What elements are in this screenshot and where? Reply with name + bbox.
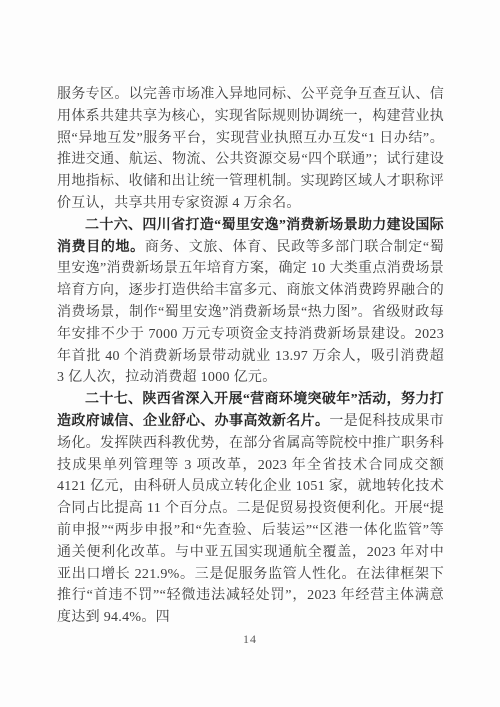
paragraph-continuation-text: 服务专区。以完善市场准入异地同标、公平竞争互查互认、信用体系共建共享为核心，实现… xyxy=(57,87,444,211)
page-content: 服务专区。以完善市场准入异地同标、公平竞争互查互认、信用体系共建共享为核心，实现… xyxy=(57,84,444,629)
document-page: 服务专区。以完善市场准入异地同标、公平竞争互查互认、信用体系共建共享为核心，实现… xyxy=(0,0,500,707)
paragraph-section-26: 二十六、四川省打造“蜀里安逸”消费新场景助力建设国际消费目的地。商务、文旅、体育… xyxy=(57,215,444,389)
section-27-body-text: 一是促科技成果市场化。发挥陕西科教优势，在部分省属高等院校中推广职务科技成果单列… xyxy=(57,414,444,625)
page-number: 14 xyxy=(0,632,500,647)
paragraph-continuation: 服务专区。以完善市场准入异地同标、公平竞争互查互认、信用体系共建共享为核心，实现… xyxy=(57,84,444,215)
section-26-body-text: 商务、文旅、体育、民政等多部门联合制定“蜀里安逸”消费新场景五年培育方案，确定 … xyxy=(57,240,444,386)
paragraph-section-27: 二十七、陕西省深入开展“营商环境突破年”活动，努力打造政府诚信、企业舒心、办事高… xyxy=(57,389,444,629)
